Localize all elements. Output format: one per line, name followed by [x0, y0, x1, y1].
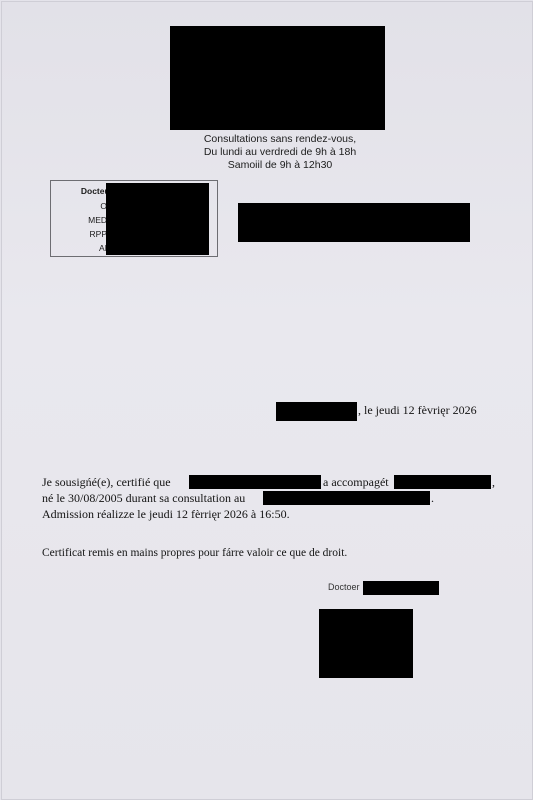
redacted-facility: [263, 491, 430, 505]
certificate-page: Consultations sans rendez-vous, Du lundi…: [1, 1, 533, 800]
redacted-city: [276, 402, 357, 421]
closing-statement: Certificat remis en mains propres pour f…: [42, 547, 347, 559]
redacted-companion-name: [189, 475, 321, 489]
doctor-info-line: MED: [88, 215, 107, 225]
redacted-recipient: [238, 203, 470, 242]
body-line-1-start: Je sousigńé(e), certifié que: [42, 475, 171, 490]
signature-label: Doctoer: [328, 582, 360, 592]
body-line-3: Admission réalizze le jeudi 12 fèrrięr 2…: [42, 507, 290, 522]
body-line-1-end: ,: [492, 475, 495, 490]
redacted-signatory-name: [363, 581, 439, 595]
hours-line: Samoiil de 9h à 12h30: [152, 159, 408, 172]
body-line-2-end: .: [431, 491, 434, 506]
redacted-patient-name: [394, 475, 491, 489]
office-hours: Consultations sans rendez-vous, Du lundi…: [152, 133, 408, 172]
body-line-1-mid: a accompagét: [323, 475, 389, 490]
redacted-signature-stamp: [319, 609, 413, 678]
redacted-letterhead: [170, 26, 385, 130]
body-line-2-start: né le 30/08/2005 durant sa consultation …: [42, 491, 245, 506]
hours-line: Consultations sans rendez-vous,: [152, 133, 408, 146]
hours-line: Du lundi au verdredi de 9h à 18h: [152, 146, 408, 159]
redacted-doctor-details: [106, 183, 209, 255]
doctor-info-line: RPP: [90, 229, 107, 239]
date-line: , le jeudi 12 fèvrięr 2026: [358, 403, 477, 418]
